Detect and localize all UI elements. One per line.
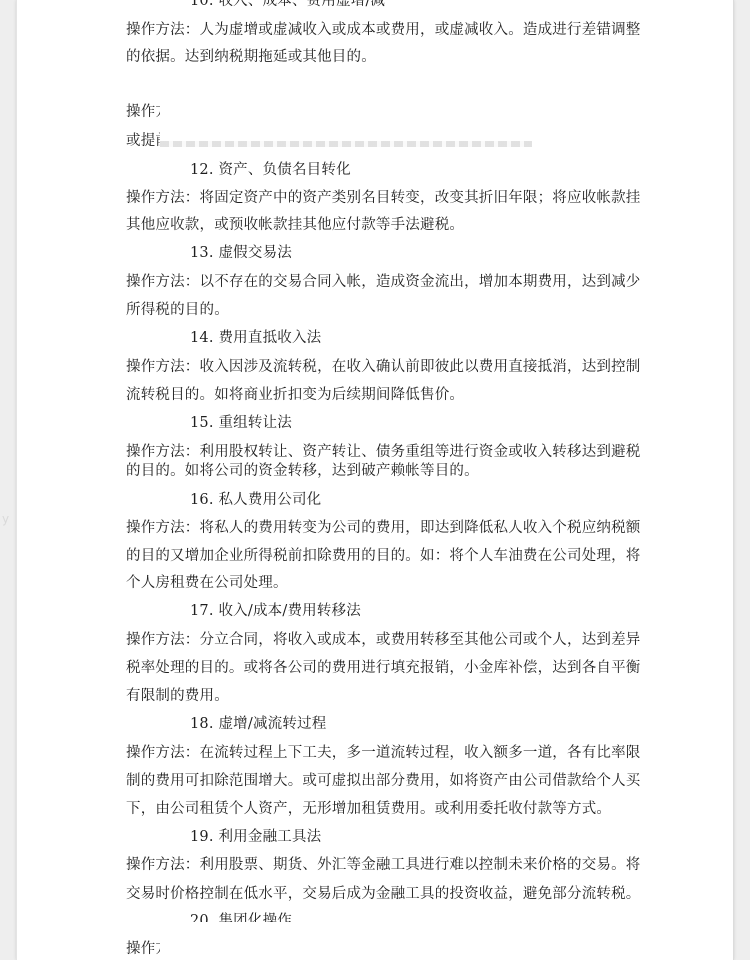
document-page[interactable]: 10. 收入、成本、费用虚增/减 操作方法：人为虚增或虚减收入或成本或费用，或虚… [16,0,734,960]
section-text-line: 其他应收款，或预收帐款挂其他应付款等手法避税。 [126,215,464,235]
section-text-line: 操作方法：利用股票、期货、外汇等金融工具进行难以控制未来价格的交易。将 [126,855,641,875]
section-heading: 20. 集团化操作 [190,911,292,922]
watermark-fragment: y [2,512,9,526]
obscured-text-line: 或提前 [126,131,160,151]
section-text-line: 有限制的费用。 [126,686,229,706]
obscured-text-line: 操作方 [126,102,160,122]
section-text-line: 操作方 [126,939,160,959]
section-heading: 10. 收入、成本、费用虚增/减 [190,0,385,11]
section-text-line: 交易时价格控制在低水平，交易后成为金融工具的投资收益，避免部分流转税。 [126,884,641,904]
section-text-line: 操作方法：将私人的费用转变为公司的费用，即达到降低私人收入个税应纳税额 [126,518,641,538]
section-text-line: 操作方法：以不存在的交易合同入帐，造成资金流出，增加本期费用，达到减少 [126,272,641,292]
section-text-line: 操作方法：在流转过程上下工夫，多一道流转过程，收入额多一道，各有比率限 [126,743,641,763]
section-heading: 18. 虚增/减流转过程 [190,714,326,734]
document-viewer: y 10. 收入、成本、费用虚增/减 操作方法：人为虚增或虚减收入或成本或费用，… [0,0,750,960]
section-text-line: 操作方法：将固定资产中的资产类别名目转变，改变其折旧年限；将应收帐款挂 [126,188,641,208]
section-text-line: 流转税目的。如将商业折扣变为后续期间降低售价。 [126,385,464,405]
section-heading: 15. 重组转让法 [190,413,292,433]
section-heading: 16. 私人费用公司化 [190,490,321,510]
section-heading: 14. 费用直抵收入法 [190,328,321,348]
section-text-line: 个人房租费在公司处理。 [126,573,288,593]
section-heading: 19. 利用金融工具法 [190,827,321,847]
section-text-line: 的目的。如将公司的资金转移，达到破产赖帐等目的。 [126,461,479,481]
section-text-line: 操作方法：分立合同，将收入或成本，或费用转移至其他公司或个人，达到差异 [126,630,641,650]
section-text-line: 操作方法：人为虚增或虚减收入或成本或费用，或虚减收入。造成进行差错调整 [126,20,641,40]
section-text-line: 的目的又增加企业所得税前扣除费用的目的。如：将个人车油费在公司处理，将 [126,546,641,566]
section-text-line: 的依据。达到纳税期拖延或其他目的。 [126,47,376,67]
section-text-line: 操作方法：收入因涉及流转税，在收入确认前即彼此以费用直接抵消，达到控制 [126,357,641,377]
section-text-line: 税率处理的目的。或将各公司的费用进行填充报销，小金库补偿，达到各自平衡 [126,658,641,678]
section-text-line: 制的费用可扣除范围增大。或可虚拟出部分费用，如将资产由公司借款给个人买 [126,771,641,791]
section-heading: 12. 资产、负债名目转化 [190,160,351,180]
section-heading: 13. 虚假交易法 [190,243,292,263]
section-text-line: 操作方法：利用股权转让、资产转让、债务重组等进行资金或收入转移达到避税 [126,442,641,462]
redacted-strip [160,141,532,147]
section-text-line: 下，由公司租赁个人资产，无形增加租赁费用。或利用委托收付款等方式。 [126,799,611,819]
section-heading: 17. 收入/成本/费用转移法 [190,601,361,621]
section-text-line: 所得税的目的。 [126,300,229,320]
